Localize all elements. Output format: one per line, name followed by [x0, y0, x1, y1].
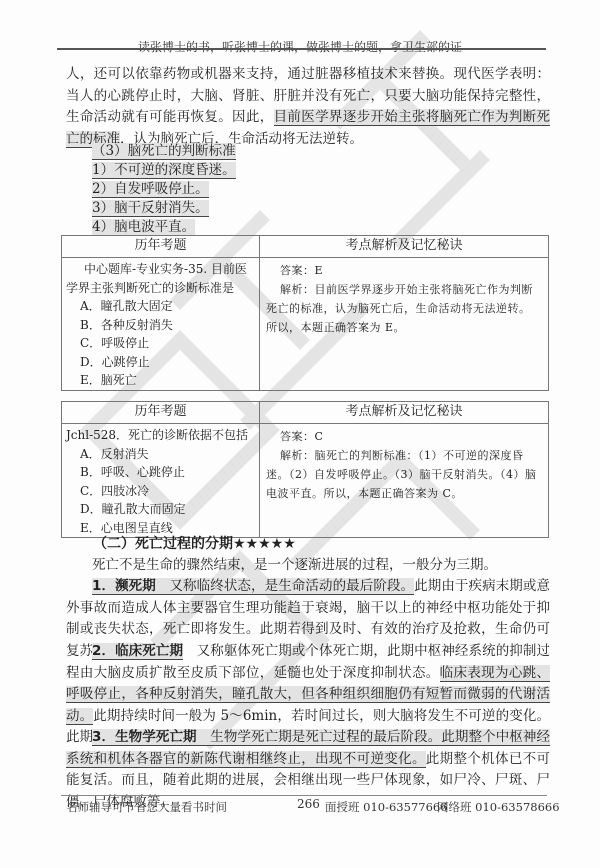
analysis: 解析：目前医学界逐步开始主张将脑死亡作为判断死亡的标准，认为脑死亡后，生命活动将… — [266, 280, 540, 337]
option: B．呼吸、心跳停止 — [66, 463, 255, 482]
col-header-analysis: 考点解析及记忆秘诀 — [260, 402, 549, 424]
question-stem: 中心题库-专业实务-35. 目前医学界主张判断死亡的诊断标准是 — [66, 260, 255, 297]
option: C．呼吸停止 — [66, 334, 255, 353]
footer-rule — [61, 795, 547, 796]
stage-1-term: 1．濒死期 — [92, 578, 156, 594]
option: D．瞳孔散大而固定 — [66, 500, 255, 519]
intro-paragraph: 人，还可以依靠药物或机器来支持，通过脏器移植技术来替换。现代医学表明：当人的心跳… — [66, 64, 550, 150]
footer-slogan: 名师辅导可节省您大量看书时间 — [66, 799, 227, 815]
section-heading: （二）死亡过程的分期★★★★★ — [93, 534, 296, 554]
footer-offline-class: 面授班 010-63577666 — [325, 799, 448, 815]
exam-question-table-1: 历年考题 考点解析及记忆秘诀 中心题库-专业实务-35. 目前医学界主张判断死亡… — [61, 235, 549, 391]
option: B．各种反射消失 — [66, 316, 255, 335]
header-rule — [57, 48, 546, 50]
option: C．四肢冰冷 — [66, 482, 255, 501]
footer-online-class: 网络班 010-63578666 — [437, 799, 560, 815]
col-header-analysis: 考点解析及记忆秘诀 — [260, 236, 549, 258]
col-header-question: 历年考题 — [62, 402, 260, 424]
page-header-title: 读张博士的书，听张博士的课，做张博士的题，拿卫生部的证 — [0, 38, 600, 55]
stage-3-term: 3．生物学死亡期 — [92, 729, 197, 745]
criteria-item: 2）自发呼吸停止。 — [92, 180, 209, 198]
answer: 答案：C — [266, 427, 540, 446]
section-intro: 死亡不是生命的骤然结束，是一个逐渐进展的过程，一般分为三期。 — [66, 555, 550, 577]
question-cell: 中心题库-专业实务-35. 目前医学界主张判断死亡的诊断标准是 A．瞳孔散大固定… — [62, 258, 260, 391]
analysis-cell: 答案：E 解析：目前医学界逐步开始主张将脑死亡作为判断死亡的标准，认为脑死亡后，… — [260, 258, 549, 391]
criteria-title: （3）脑死亡的判断标准 — [92, 142, 236, 160]
option: A．瞳孔散大固定 — [66, 297, 255, 316]
option: A．反射消失 — [66, 445, 255, 464]
option: E．脑死亡 — [66, 371, 255, 390]
criteria-item: 4）脑电波平直。 — [92, 218, 195, 236]
answer: 答案：E — [266, 261, 540, 280]
criteria-item: 1）不可逆的深度昏迷。 — [92, 161, 236, 179]
analysis-cell: 答案：C 解析：脑死亡的判断标准：（1）不可逆的深度昏迷。（2）自发呼吸停止。（… — [260, 424, 549, 538]
stage-2-term: 2．临床死亡期 — [92, 643, 183, 660]
analysis: 解析：脑死亡的判断标准：（1）不可逆的深度昏迷。（2）自发呼吸停止。（3）脑干反… — [266, 446, 540, 503]
page-number: 266 — [297, 797, 320, 811]
exam-question-table-2: 历年考题 考点解析及记忆秘诀 Jchl-528．死亡的诊断依据不包括 A．反射消… — [61, 401, 549, 538]
stage-1-highlight: 1．濒死期 又称临终状态，是生命活动的最后阶段。 — [92, 578, 414, 595]
criteria-item: 3）脑干反射消失。 — [92, 199, 209, 217]
col-header-question: 历年考题 — [62, 236, 260, 258]
question-stem: Jchl-528．死亡的诊断依据不包括 — [66, 426, 255, 445]
question-cell: Jchl-528．死亡的诊断依据不包括 A．反射消失 B．呼吸、心跳停止 C．四… — [62, 424, 260, 538]
option: D．心跳停止 — [66, 353, 255, 372]
